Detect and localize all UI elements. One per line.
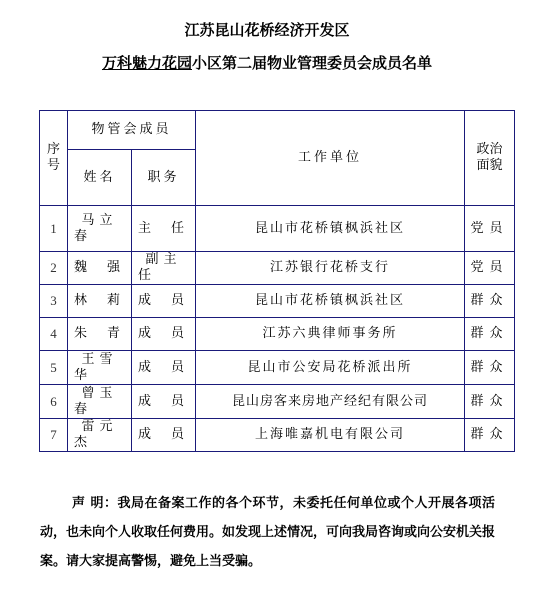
member-name: 朱 青 <box>68 318 132 351</box>
member-political: 群众 <box>465 351 515 385</box>
member-position: 成 员 <box>132 385 196 419</box>
member-name: 曾玉春 <box>68 385 132 419</box>
member-position: 成 员 <box>132 351 196 385</box>
row-number: 3 <box>40 285 68 318</box>
subtitle-rest: 小区第二届物业管理委员会成员名单 <box>192 54 432 72</box>
member-name: 林 莉 <box>68 285 132 318</box>
table-row: 1 马立春 主 任 昆山市花桥镇枫浜社区 党员 <box>40 206 515 252</box>
member-position: 成 员 <box>132 285 196 318</box>
member-name: 马立春 <box>68 206 132 252</box>
header-political-line1: 政治 <box>465 142 514 158</box>
row-number: 1 <box>40 206 68 252</box>
row-number: 2 <box>40 252 68 285</box>
table-row: 2 魏 强 副主任 江苏银行花桥支行 党员 <box>40 252 515 285</box>
table-row: 3 林 莉 成 员 昆山市花桥镇枫浜社区 群众 <box>40 285 515 318</box>
member-work-unit: 昆山房客来房地产经纪有限公司 <box>196 385 465 419</box>
member-work-unit: 上海唯嘉机电有限公司 <box>196 419 465 452</box>
header-seq-char1: 序 <box>40 142 67 158</box>
member-work-unit: 昆山市花桥镇枫浜社区 <box>196 285 465 318</box>
row-number: 5 <box>40 351 68 385</box>
header-position: 职务 <box>132 150 196 206</box>
member-work-unit: 江苏银行花桥支行 <box>196 252 465 285</box>
community-name: 万科魅力花园 <box>102 54 192 72</box>
member-position: 成 员 <box>132 419 196 452</box>
member-roster-table: 序 号 物管会成员 工作单位 政治 面貌 姓名 职务 1 马立春 主 任 昆山市… <box>39 110 515 452</box>
member-political: 党员 <box>465 206 515 252</box>
member-work-unit: 江苏六典律师事务所 <box>196 318 465 351</box>
disclaimer-notice: 声 明：我局在备案工作的各个环节，未委托任何单位或个人开展各项活动，也未向个人收… <box>40 489 495 576</box>
header-political-line2: 面貌 <box>465 158 514 174</box>
table-row: 7 雷元杰 成 员 上海唯嘉机电有限公司 群众 <box>40 419 515 452</box>
document-title: 江苏昆山花桥经济开发区 <box>0 20 534 40</box>
table-row: 4 朱 青 成 员 江苏六典律师事务所 群众 <box>40 318 515 351</box>
table-row: 5 王雪华 成 员 昆山市公安局花桥派出所 群众 <box>40 351 515 385</box>
member-political: 群众 <box>465 419 515 452</box>
member-work-unit: 昆山市公安局花桥派出所 <box>196 351 465 385</box>
member-position: 主 任 <box>132 206 196 252</box>
member-political: 群众 <box>465 285 515 318</box>
member-position: 副主任 <box>132 252 196 285</box>
member-political: 群众 <box>465 385 515 419</box>
member-name: 雷元杰 <box>68 419 132 452</box>
member-political: 党员 <box>465 252 515 285</box>
header-seq-char2: 号 <box>40 158 67 174</box>
member-name: 魏 强 <box>68 252 132 285</box>
member-work-unit: 昆山市花桥镇枫浜社区 <box>196 206 465 252</box>
member-political: 群众 <box>465 318 515 351</box>
table-row: 6 曾玉春 成 员 昆山房客来房地产经纪有限公司 群众 <box>40 385 515 419</box>
header-seq: 序 号 <box>40 111 68 206</box>
header-name: 姓名 <box>68 150 132 206</box>
member-position: 成 员 <box>132 318 196 351</box>
row-number: 6 <box>40 385 68 419</box>
header-political: 政治 面貌 <box>465 111 515 206</box>
header-member-group: 物管会成员 <box>68 111 196 150</box>
document-subtitle: 万科魅力花园小区第二届物业管理委员会成员名单 <box>0 53 534 73</box>
header-work-unit: 工作单位 <box>196 111 465 206</box>
row-number: 7 <box>40 419 68 452</box>
member-name: 王雪华 <box>68 351 132 385</box>
row-number: 4 <box>40 318 68 351</box>
